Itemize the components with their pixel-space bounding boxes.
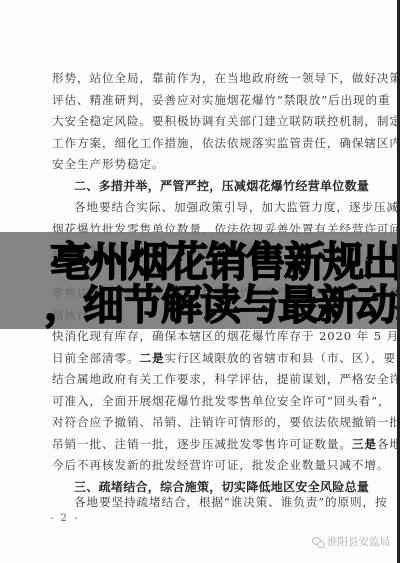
body-line: 快消化现有库存，确保本辖区的烟花爆竹库存于 2020 年 5 月 31: [52, 329, 348, 343]
watermark-text: 淮阳县安监局: [327, 534, 390, 549]
headline-line-2: ，细节解读与最新动态: [44, 283, 400, 327]
body-line: 形势，站位全局，靠前作为，在当地政府统一领导下，做好决策: [52, 71, 348, 85]
source-watermark: 淮阳县安监局: [312, 534, 390, 549]
body-line: 各地要坚持疏堵结合，根据“谁决策、谁负责”的原则，按: [74, 495, 348, 509]
body-line: 今后不再核发新的批发经营许可证，批发企业数量只减不增。: [52, 458, 348, 472]
bold-marker: 二是: [139, 351, 164, 365]
body-line: 评估、精准研判，妥善应对实施烟花爆竹“禁限放”后出现的重: [52, 93, 348, 107]
wechat-icon: [312, 537, 324, 547]
body-line: 安全生产形势稳定。: [52, 157, 348, 171]
body-line: 对符合应予撤销、吊销、注销许可情形的，要依法依规撤销一批、: [52, 415, 348, 429]
body-line: 各地要结合实际、加强政策引导，加大监管力度，逐步压减: [74, 200, 348, 214]
body-line: 结合属地政府有关工作要求，科学评估，提前谋划，严格安全许: [52, 372, 348, 386]
section-heading-3: 三、疏堵结合，综合施策，切实降低地区安全风险总量: [74, 480, 369, 494]
section-heading-2: 二、多措并举，严管严控，压减烟花爆竹经营单位数量: [74, 179, 369, 193]
body-line-san-shi: 吊销一批、注销一批，逐步压减批发零售许可证数量。三是各地: [52, 437, 348, 451]
headline-line-1: 亳州烟花销售新规出炉: [50, 240, 400, 284]
text-segment: 吊销一批、注销一批，逐步压减批发零售许可证数量。: [52, 437, 352, 451]
body-line: 工作方案，细化工作措施，依法依规落实监管责任，确保辖区内: [52, 136, 348, 150]
body-line: 大安全稳定风险。要积极协调有关部门建立联防联控机制，制定: [52, 114, 348, 128]
text-segment: 日前全部清零。: [52, 351, 139, 365]
page-number: - 2 -: [50, 513, 79, 524]
body-line: 可准入，全面开展烟花爆竹批发零售单位安全许可“回头看”，: [52, 394, 348, 408]
text-segment: 实行区域限放的省辖市和县（市、区），要: [164, 351, 396, 365]
body-line-er-shi: 日前全部清零。二是实行区域限放的省辖市和县（市、区），要: [52, 351, 348, 365]
bold-marker: 三是: [352, 437, 377, 451]
